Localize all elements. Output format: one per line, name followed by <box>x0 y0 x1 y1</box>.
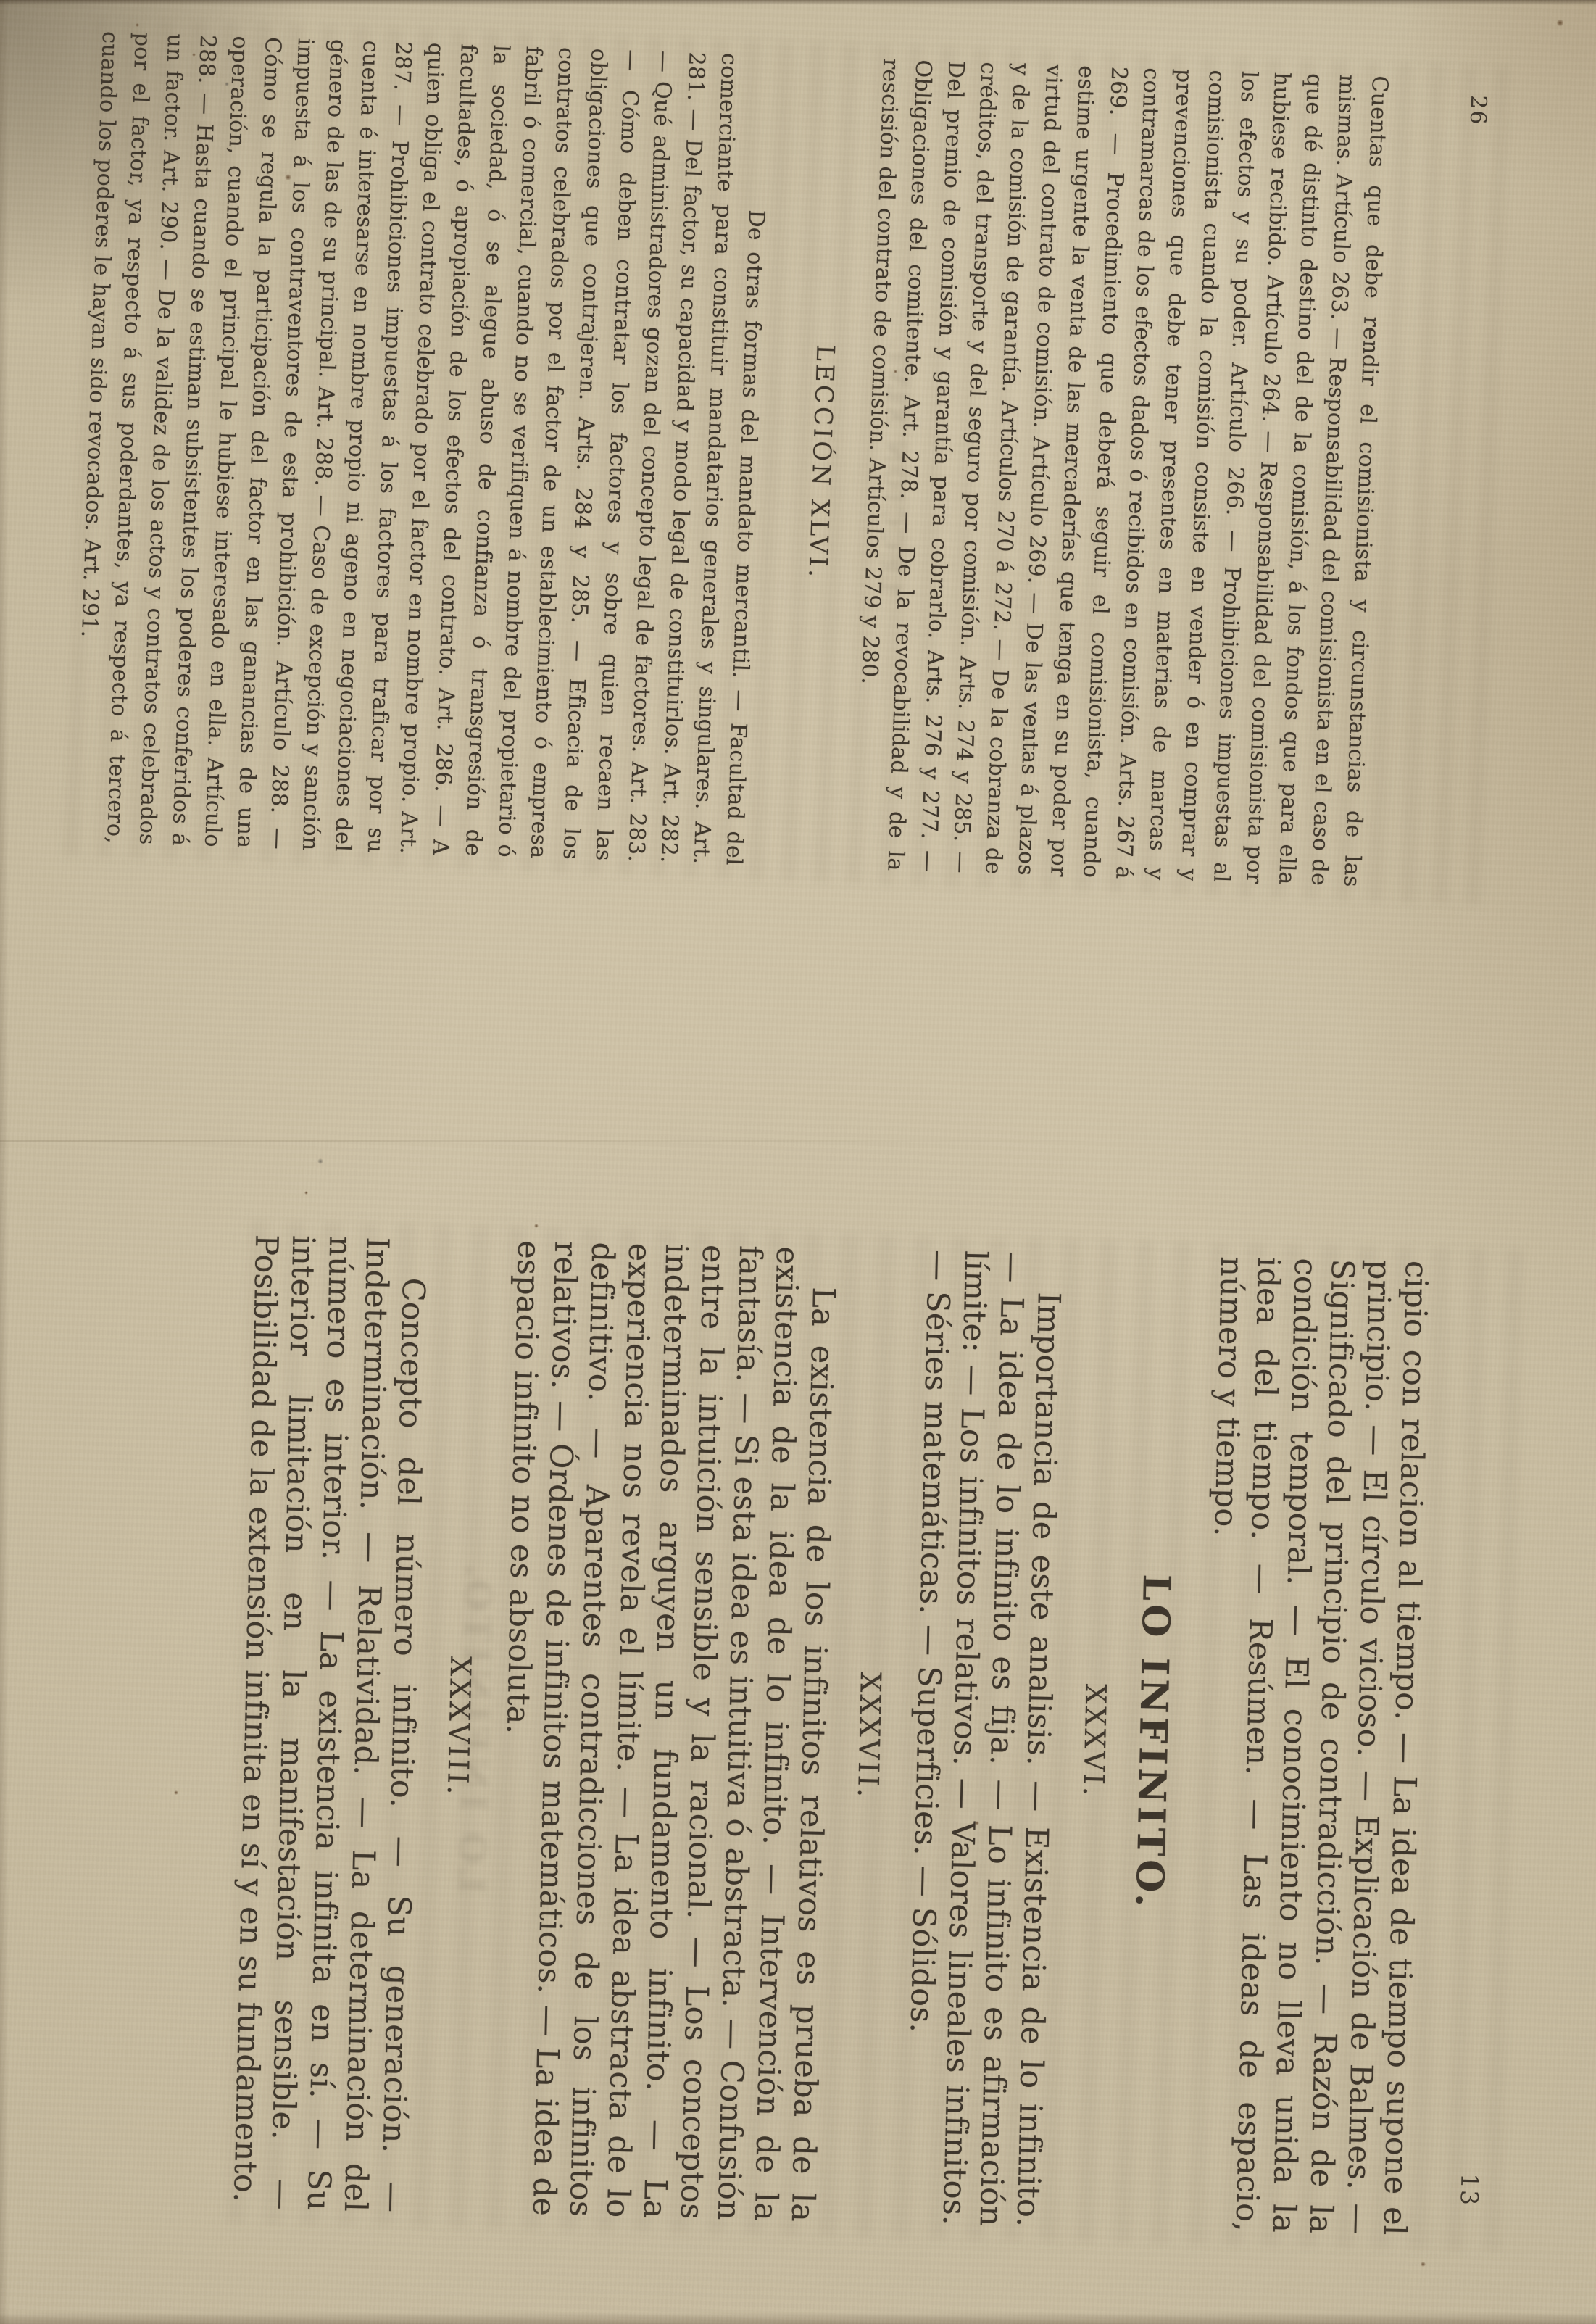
page13-section-paragraph-xxxvi: Importancia de este analisis. — Existenc… <box>898 1250 1068 2228</box>
page26-summary-paragraph-1: Cuentas que debe rendir el comisionista … <box>846 58 1396 887</box>
stain-spot <box>534 1224 539 1228</box>
book-scan: LECCIÓN XLVI. 26 Cuentas que debe rendir… <box>0 0 1596 2324</box>
page26-summary-paragraph-2: De otras formas del mandato mercantil. —… <box>65 30 778 866</box>
stain-spot <box>174 1790 178 1795</box>
paper-crease <box>0 1140 1131 1142</box>
stain-spot <box>136 23 139 27</box>
page13-section-heading-xxxvi: XXXVI. <box>1065 1253 1124 2229</box>
page13-intro-paragraph: cipio con relacion al tiempo. — La idea … <box>1191 1256 1434 2236</box>
page-number-26: 26 <box>1434 94 1495 891</box>
page26-lesson-heading: LECCIÓN XLVI. <box>790 56 851 868</box>
stain-spot <box>1557 19 1563 27</box>
page13-section-paragraph-xxxviii: Concepto del número infinito. — Su gener… <box>225 1234 432 2213</box>
page13-section-heading-xxxviii: XXXVIII. <box>429 1239 489 2215</box>
page-26-block: LECCIÓN XLVI. 26 Cuentas que debe rendir… <box>65 30 1495 891</box>
stain-spot <box>317 1158 323 1164</box>
page13-section-paragraph-xxxvii: La existencia de los infinitos relativos… <box>488 1240 842 2223</box>
page13-section-heading-xxxvii: XXXVII. <box>839 1248 899 2224</box>
page-number-13: 13 <box>1450 1262 1509 2207</box>
page-13-block: LO INFINITO. 13 cipio con relacion al ti… <box>225 1234 1509 2238</box>
stain-spot <box>1421 2262 1426 2267</box>
page13-main-title: LO INFINITO. <box>1123 1255 1183 2230</box>
stain-spot <box>304 1191 308 1195</box>
